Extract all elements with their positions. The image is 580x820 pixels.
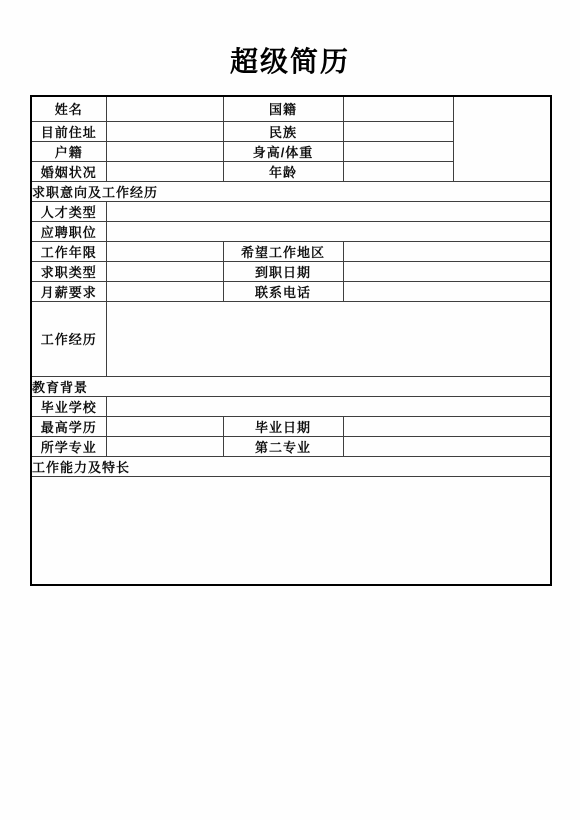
job-intention-section-header: 求职意向及工作经历 bbox=[31, 181, 551, 201]
expected-salary-field[interactable] bbox=[106, 281, 223, 301]
row-applied-position: 应聘职位 bbox=[31, 221, 551, 241]
ethnicity-label: 民族 bbox=[223, 121, 343, 141]
graduate-school-label: 毕业学校 bbox=[31, 396, 106, 416]
household-registration-label: 户籍 bbox=[31, 141, 106, 161]
second-major-field[interactable] bbox=[343, 436, 551, 456]
current-address-field[interactable] bbox=[106, 121, 223, 141]
work-experience-label: 工作经历 bbox=[31, 301, 106, 376]
desired-work-region-field[interactable] bbox=[343, 241, 551, 261]
skills-section-header: 工作能力及特长 bbox=[31, 456, 551, 476]
talent-type-label: 人才类型 bbox=[31, 201, 106, 221]
current-address-label: 目前住址 bbox=[31, 121, 106, 141]
marital-status-label: 婚姻状况 bbox=[31, 161, 106, 181]
major-field[interactable] bbox=[106, 436, 223, 456]
row-job-intention-header: 求职意向及工作经历 bbox=[31, 181, 551, 201]
applied-position-field[interactable] bbox=[106, 221, 551, 241]
applied-position-label: 应聘职位 bbox=[31, 221, 106, 241]
nationality-label: 国籍 bbox=[223, 96, 343, 121]
job-seeking-type-label: 求职类型 bbox=[31, 261, 106, 281]
row-workyears-region: 工作年限 希望工作地区 bbox=[31, 241, 551, 261]
page-title: 超级简历 bbox=[0, 47, 580, 77]
row-skills-header: 工作能力及特长 bbox=[31, 456, 551, 476]
row-salary-phone: 月薪要求 联系电话 bbox=[31, 281, 551, 301]
name-label: 姓名 bbox=[31, 96, 106, 121]
ethnicity-field[interactable] bbox=[343, 121, 453, 141]
row-degree-graddate: 最高学历 毕业日期 bbox=[31, 416, 551, 436]
available-date-label: 到职日期 bbox=[223, 261, 343, 281]
talent-type-field[interactable] bbox=[106, 201, 551, 221]
height-weight-label: 身高/体重 bbox=[223, 141, 343, 161]
name-field[interactable] bbox=[106, 96, 223, 121]
row-talent-type: 人才类型 bbox=[31, 201, 551, 221]
job-seeking-type-field[interactable] bbox=[106, 261, 223, 281]
age-field[interactable] bbox=[343, 161, 453, 181]
nationality-field[interactable] bbox=[343, 96, 453, 121]
education-section-header: 教育背景 bbox=[31, 376, 551, 396]
household-registration-field[interactable] bbox=[106, 141, 223, 161]
marital-status-field[interactable] bbox=[106, 161, 223, 181]
major-label: 所学专业 bbox=[31, 436, 106, 456]
expected-salary-label: 月薪要求 bbox=[31, 281, 106, 301]
contact-phone-label: 联系电话 bbox=[223, 281, 343, 301]
highest-degree-label: 最高学历 bbox=[31, 416, 106, 436]
desired-work-region-label: 希望工作地区 bbox=[223, 241, 343, 261]
graduation-date-field[interactable] bbox=[343, 416, 551, 436]
row-work-experience: 工作经历 bbox=[31, 301, 551, 376]
row-name-nationality: 姓名 国籍 bbox=[31, 96, 551, 121]
row-skills-content bbox=[31, 476, 551, 585]
contact-phone-field[interactable] bbox=[343, 281, 551, 301]
available-date-field[interactable] bbox=[343, 261, 551, 281]
graduate-school-field[interactable] bbox=[106, 396, 551, 416]
resume-form-table: 姓名 国籍 目前住址 民族 户籍 身高/体重 婚姻状况 年龄 求职意向及工作经历… bbox=[30, 95, 552, 586]
work-experience-field[interactable] bbox=[106, 301, 551, 376]
photo-box[interactable] bbox=[453, 96, 551, 181]
highest-degree-field[interactable] bbox=[106, 416, 223, 436]
height-weight-field[interactable] bbox=[343, 141, 453, 161]
row-major-secondmajor: 所学专业 第二专业 bbox=[31, 436, 551, 456]
row-jobtype-startdate: 求职类型 到职日期 bbox=[31, 261, 551, 281]
second-major-label: 第二专业 bbox=[223, 436, 343, 456]
row-graduate-school: 毕业学校 bbox=[31, 396, 551, 416]
work-years-field[interactable] bbox=[106, 241, 223, 261]
skills-content-field[interactable] bbox=[31, 476, 551, 585]
graduation-date-label: 毕业日期 bbox=[223, 416, 343, 436]
work-years-label: 工作年限 bbox=[31, 241, 106, 261]
age-label: 年龄 bbox=[223, 161, 343, 181]
row-education-header: 教育背景 bbox=[31, 376, 551, 396]
